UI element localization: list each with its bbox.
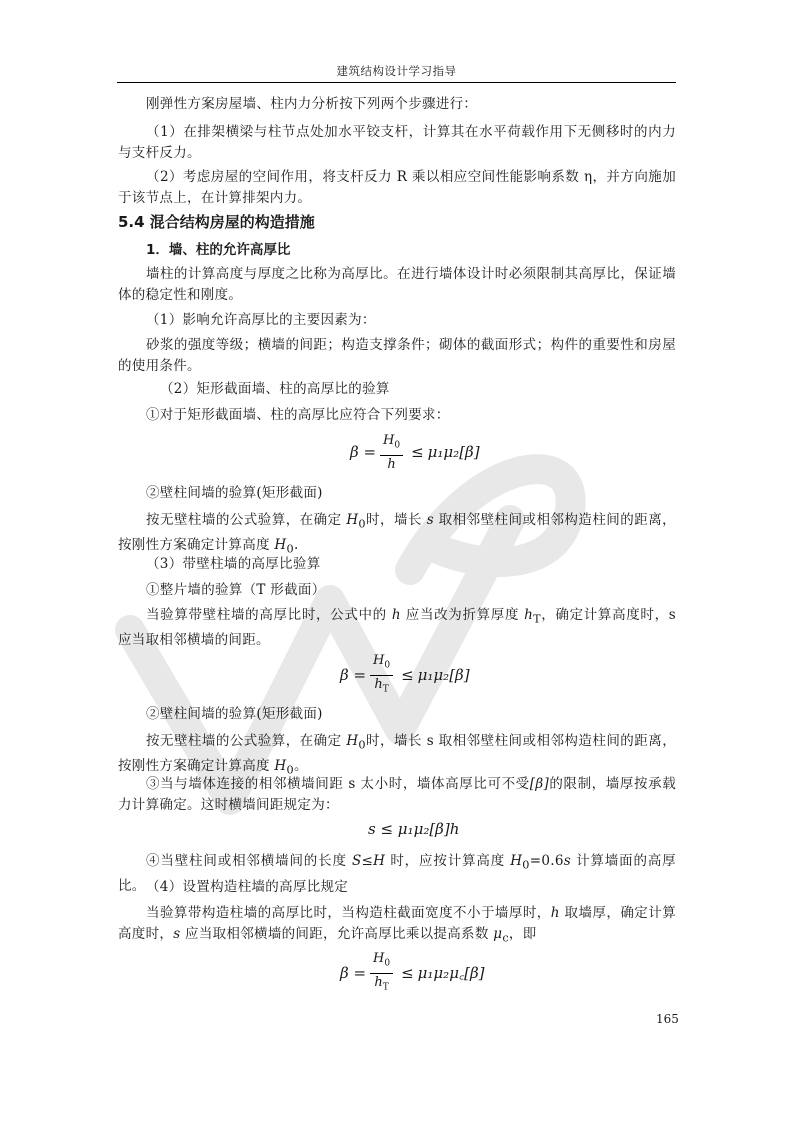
subsection-heading: 1．墙、柱的允许高厚比 (146, 238, 290, 258)
paragraph: （4）设置构造柱墙的高厚比规定 (118, 877, 676, 898)
formula-1: β = H0h ≤ μ₁μ₂[β] (350, 432, 480, 473)
paragraph: ①整片墙的验算（T 形截面） (118, 580, 676, 601)
section-heading: 5.4 混合结构房屋的构造措施 (118, 211, 315, 232)
paragraph: ②壁柱间墙的验算(矩形截面) (118, 704, 676, 725)
paragraph: ①对于矩形截面墙、柱的高厚比应符合下列要求： (118, 405, 676, 426)
paragraph: 当验算带壁柱墙的高厚比时，公式中的 h 应当改为折算厚度 hT，确定计算高度时，… (118, 605, 676, 651)
paragraph: 当验算带构造柱墙的高厚比时，当构造柱截面宽度不小于墙厚时，h 取墙厚，确定计算高… (118, 903, 676, 949)
paragraph: （1）影响允许高厚比的主要因素为： (118, 310, 676, 331)
formula-4: β = H0hT ≤ μ₁μ₂μ꜀[β] (340, 950, 485, 996)
paragraph: ③当与墙体连接的相邻横墙间距 s 太小时，墙体高厚比可不受[β]的限制，墙厚按承… (118, 774, 676, 816)
paragraph: （1）在排架横梁与柱节点处加水平铰支杆，计算其在水平荷载作用下无侧移时的内力与支… (118, 122, 676, 164)
page-number: 165 (656, 1012, 679, 1026)
paragraph: 按无壁柱墙的公式验算，在确定 H0时，墙长 s 取相邻壁柱间或相邻构造柱间的距离… (118, 731, 676, 780)
paragraph: 砂浆的强度等级；横墙的间距；构造支撑条件；砌体的截面形式；构件的重要性和房屋的使… (118, 335, 676, 377)
paragraph: ②壁柱间墙的验算(矩形截面) (118, 483, 676, 504)
paragraph: （2）矩形截面墙、柱的高厚比的验算 (118, 379, 676, 400)
paragraph: （3）带壁柱墙的高厚比验算 (118, 554, 676, 575)
paragraph: （2）考虑房屋的空间作用，将支杆反力 R 乘以相应空间性能影响系数 η，并方向施… (118, 167, 676, 209)
paragraph: 墙柱的计算高度与厚度之比称为高厚比。在进行墙体设计时必须限制其高厚比，保证墙体的… (118, 264, 676, 306)
running-header: 建筑结构设计学习指导 (117, 62, 676, 83)
paragraph: 按无壁柱墙的公式验算，在确定 H0时，墙长 s 取相邻壁柱间或相邻构造柱间的距离… (118, 510, 676, 559)
formula-2: β = H0hT ≤ μ₁μ₂[β] (340, 652, 470, 698)
paragraph: 刚弹性方案房屋墙、柱内力分析按下列两个步骤进行： (118, 94, 676, 115)
formula-3: s ≤ μ₁μ₂[β]h (368, 820, 459, 838)
